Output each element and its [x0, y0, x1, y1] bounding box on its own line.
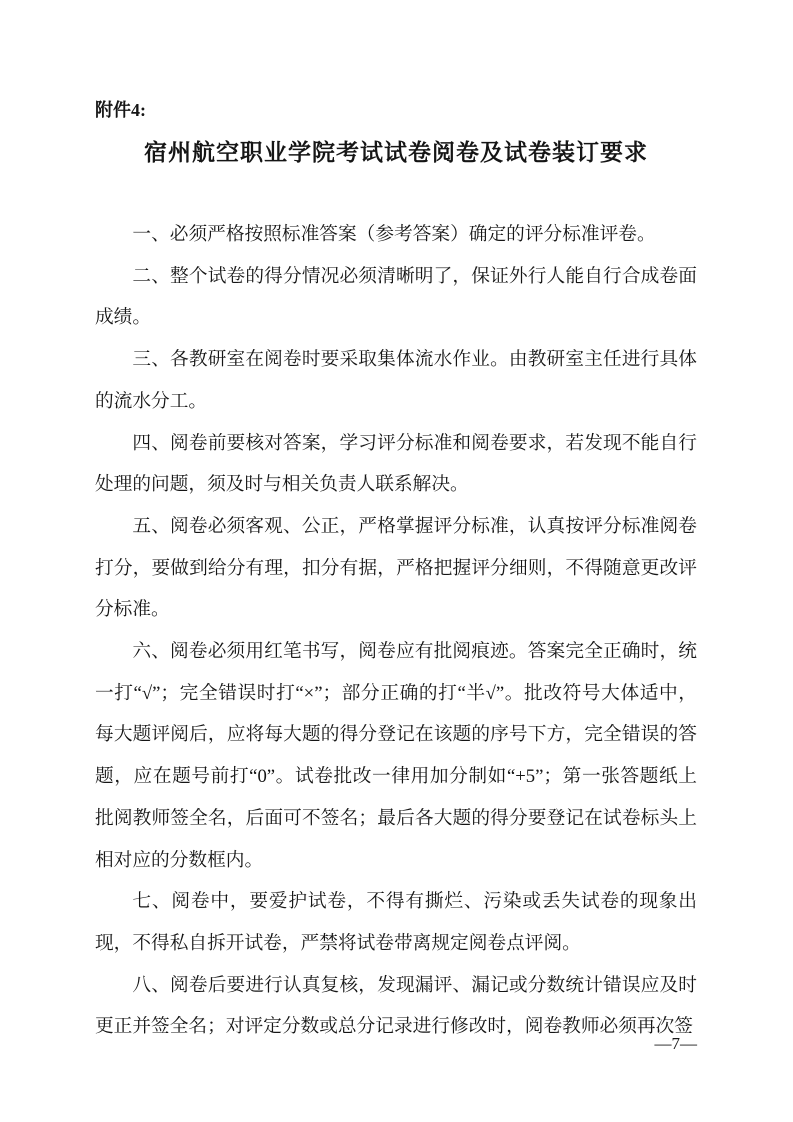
- body-paragraph: 四、阅卷前要核对答案，学习评分标准和阅卷要求，若发现不能自行处理的问题，须及时与…: [95, 423, 697, 506]
- body-paragraph: 五、阅卷必须客观、公正，严格掌握评分标准，认真按评分标准阅卷打分，要做到给分有理…: [95, 506, 697, 631]
- body-paragraph: 二、整个试卷的得分情况必须清晰明了，保证外行人能自行合成卷面成绩。: [95, 256, 697, 339]
- body-paragraph: 三、各教研室在阅卷时要采取集体流水作业。由教研室主任进行具体的流水分工。: [95, 339, 697, 422]
- document-title: 宿州航空职业学院考试试卷阅卷及试卷装订要求: [95, 133, 697, 173]
- body-paragraph: 六、阅卷必须用红笔书写，阅卷应有批阅痕迹。答案完全正确时，统一打“√”；完全错误…: [95, 631, 697, 881]
- document-body: 一、必须严格按照标准答案（参考答案）确定的评分标准评卷。 二、整个试卷的得分情况…: [95, 214, 697, 1048]
- body-paragraph: 八、阅卷后要进行认真复核，发现漏评、漏记或分数统计错误应及时更正并签全名；对评定…: [95, 965, 697, 1048]
- document-page: 附件4: 宿州航空职业学院考试试卷阅卷及试卷装订要求 一、必须严格按照标准答案（…: [0, 0, 793, 1122]
- body-paragraph: 一、必须严格按照标准答案（参考答案）确定的评分标准评卷。: [95, 214, 697, 256]
- page-number: —7—: [655, 1034, 698, 1054]
- body-paragraph: 七、阅卷中，要爱护试卷，不得有撕烂、污染或丢失试卷的现象出现，不得私自拆开试卷，…: [95, 881, 697, 964]
- attachment-label: 附件4:: [95, 97, 697, 123]
